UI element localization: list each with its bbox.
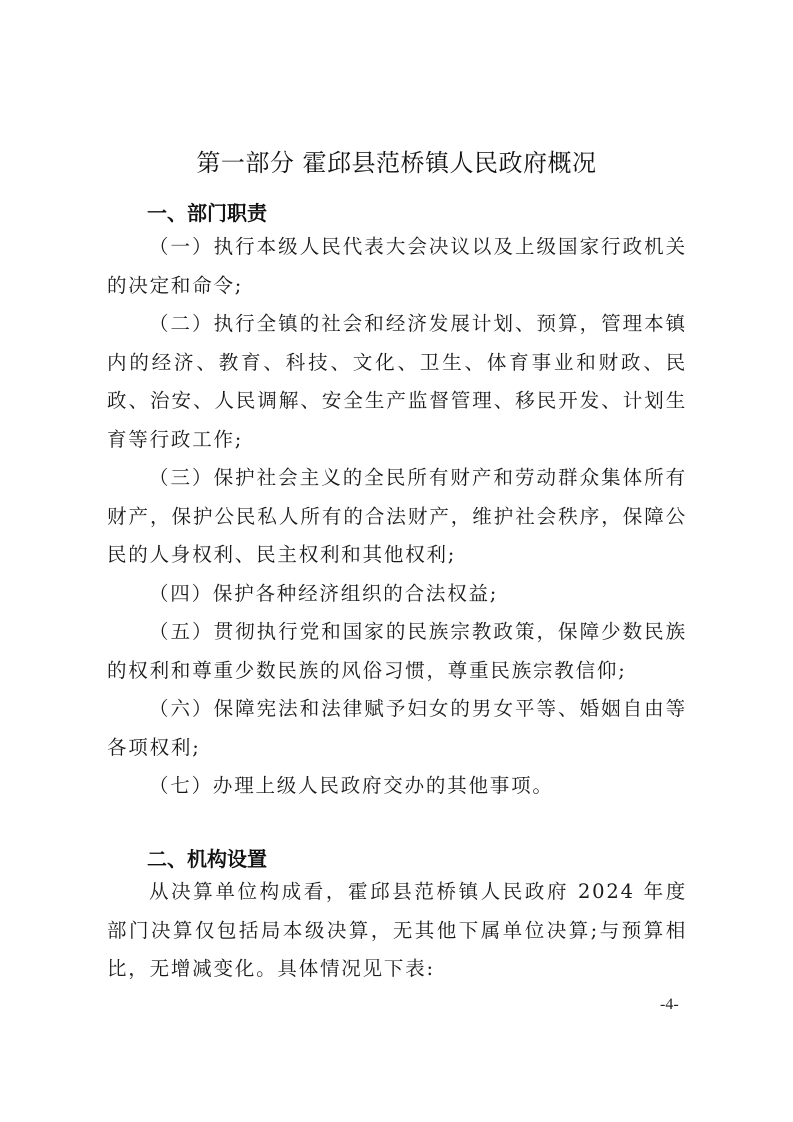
- duty-paragraph-7: （七）办理上级人民政府交办的其他事项。: [107, 767, 687, 806]
- section-heading-organization: 二、机构设置: [147, 843, 267, 872]
- duty-paragraph-2: （二）执行全镇的社会和经济发展计划、预算，管理本镇内的经济、教育、科技、文化、卫…: [107, 305, 687, 459]
- document-page: 第一部分 霍邱县范桥镇人民政府概况 一、部门职责 （一）执行本级人民代表大会决议…: [0, 0, 793, 1122]
- section-heading-duties: 一、部门职责: [147, 197, 267, 226]
- duty-paragraph-4: （四）保护各种经济组织的合法权益;: [107, 575, 687, 614]
- section-duties-body: （一）执行本级人民代表大会决议以及上级国家行政机关的决定和命令; （二）执行全镇…: [107, 228, 687, 806]
- duty-paragraph-5: （五）贯彻执行党和国家的民族宗教政策，保障少数民族的权利和尊重少数民族的风俗习惯…: [107, 613, 687, 690]
- duty-paragraph-1: （一）执行本级人民代表大会决议以及上级国家行政机关的决定和命令;: [107, 228, 687, 305]
- duty-paragraph-6: （六）保障宪法和法律赋予妇女的男女平等、婚姻自由等各项权利;: [107, 690, 687, 767]
- duty-paragraph-3: （三）保护社会主义的全民所有财产和劳动群众集体所有财产，保护公民私人所有的合法财…: [107, 459, 687, 575]
- organization-paragraph-1: 从决算单位构成看，霍邱县范桥镇人民政府 2024 年度部门决算仅包括局本级决算，…: [107, 873, 687, 989]
- section-organization-body: 从决算单位构成看，霍邱县范桥镇人民政府 2024 年度部门决算仅包括局本级决算，…: [107, 873, 687, 989]
- page-number: -4-: [660, 996, 679, 1014]
- page-title: 第一部分 霍邱县范桥镇人民政府概况: [0, 143, 793, 178]
